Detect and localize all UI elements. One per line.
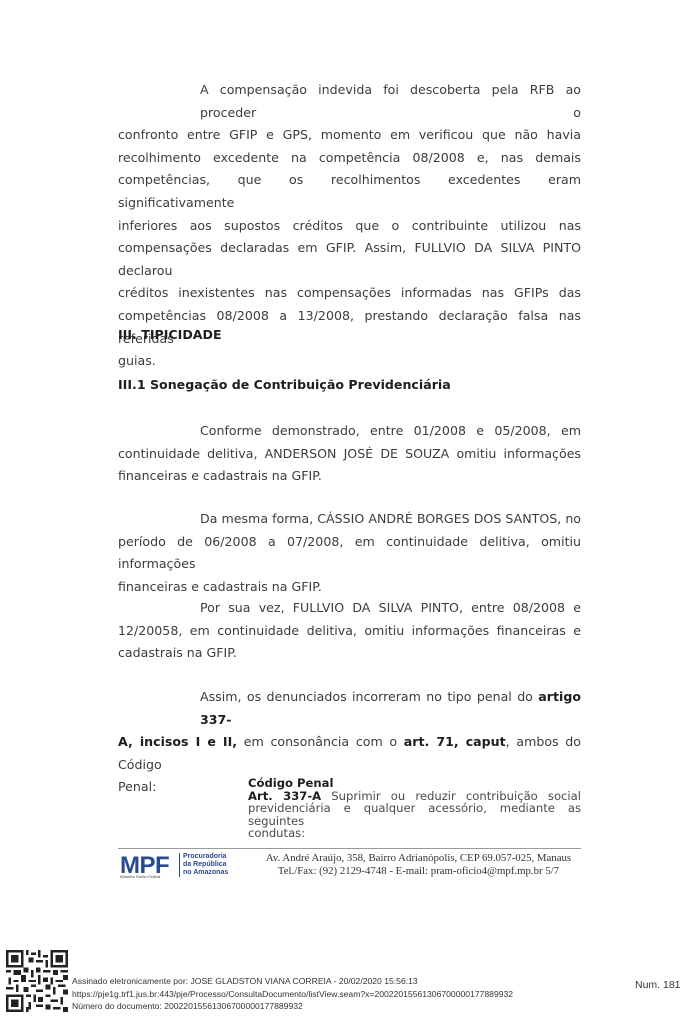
text-line: continuidade delitiva, ANDERSON JOSÉ DE … (118, 443, 581, 466)
text-line: Por sua vez, FULLVIO DA SILVA PINTO, ent… (118, 597, 581, 620)
text-line: previdenciária e qualquer acessório, med… (248, 802, 581, 827)
text-line: Assim, os denunciados incorreram no tipo… (118, 686, 581, 731)
mpf-logo: MPF Ministério Público Federal Procurado… (118, 852, 233, 880)
logo-org: Procuradoria da República no Amazonas (183, 853, 228, 877)
text-line: guias. (118, 350, 581, 373)
text-line: financeiras e cadastrais na GFIP. (118, 465, 581, 488)
contact-line: Tel./Fax: (92) 2129-4748 - E-mail: pram-… (246, 865, 591, 878)
qr-code-icon (6, 950, 68, 1012)
footer-address: Av. André Araújo, 358, Bairro Adrianópol… (246, 852, 591, 878)
law-reference: A, incisos I e II, (118, 734, 237, 749)
page-number: Num. 181 (635, 979, 681, 991)
text-line: inferiores aos supostos créditos que o c… (118, 215, 581, 238)
document-number: Número do documento: 2002201556130670000… (72, 1000, 513, 1013)
org-line: da República (183, 861, 227, 868)
text-line: Da mesma forma, CÁSSIO ANDRÉ BORGES DOS … (118, 508, 581, 531)
text-line: cadastrais na GFIP. (118, 642, 581, 665)
text-run: Assim, os denunciados incorreram no tipo… (200, 689, 538, 704)
address-line: Av. André Araújo, 358, Bairro Adrianópol… (246, 852, 591, 865)
text-line: Conforme demonstrado, entre 01/2008 e 05… (118, 420, 581, 443)
text-line: recolhimento excedente na competência 08… (118, 147, 581, 170)
footer-divider (118, 848, 581, 849)
text-line: competências, que os recolhimentos exced… (118, 169, 581, 214)
section-heading: III. TIPICIDADE (118, 327, 222, 342)
paragraph-fullvio: Por sua vez, FULLVIO DA SILVA PINTO, ent… (118, 597, 581, 665)
subsection-heading: III.1 Sonegação de Contribuição Previden… (118, 377, 451, 392)
text-line: confronto entre GFIP e GPS, momento em v… (118, 124, 581, 147)
text-line: financeiras e cadastrais na GFIP. (118, 576, 581, 599)
document-page: A compensação indevida foi descoberta pe… (0, 0, 685, 1024)
text-line: 12/20058, em continuidade delitiva, omit… (118, 620, 581, 643)
document-url[interactable]: https://pje1g.trf1.jus.br:443/pje/Proces… (72, 988, 513, 1001)
logo-separator (179, 853, 180, 877)
legal-quote: Código Penal Art. 337-A Suprimir ou redu… (248, 777, 581, 840)
text-line: A compensação indevida foi descoberta pe… (118, 79, 581, 124)
text-line: A, incisos I e II, em consonância com o … (118, 731, 581, 776)
text-run: em consonância com o (237, 734, 404, 749)
paragraph-cassio: Da mesma forma, CÁSSIO ANDRÉ BORGES DOS … (118, 508, 581, 598)
org-line: Procuradoria (183, 853, 227, 860)
signature-block: Assinado eletronicamente por: JOSE GLADS… (72, 975, 513, 1013)
law-reference: art. 71, caput (404, 734, 506, 749)
text-line: créditos inexistentes nas compensações i… (118, 282, 581, 305)
paragraph-anderson: Conforme demonstrado, entre 01/2008 e 05… (118, 420, 581, 488)
text-line: condutas: (248, 827, 581, 840)
signed-by: Assinado eletronicamente por: JOSE GLADS… (72, 975, 513, 988)
logo-subtitle: Ministério Público Federal (120, 875, 160, 879)
text-line: período de 06/2008 a 07/2008, em continu… (118, 531, 581, 576)
text-line: compensações declaradas em GFIP. Assim, … (118, 237, 581, 282)
org-line: no Amazonas (183, 869, 228, 876)
